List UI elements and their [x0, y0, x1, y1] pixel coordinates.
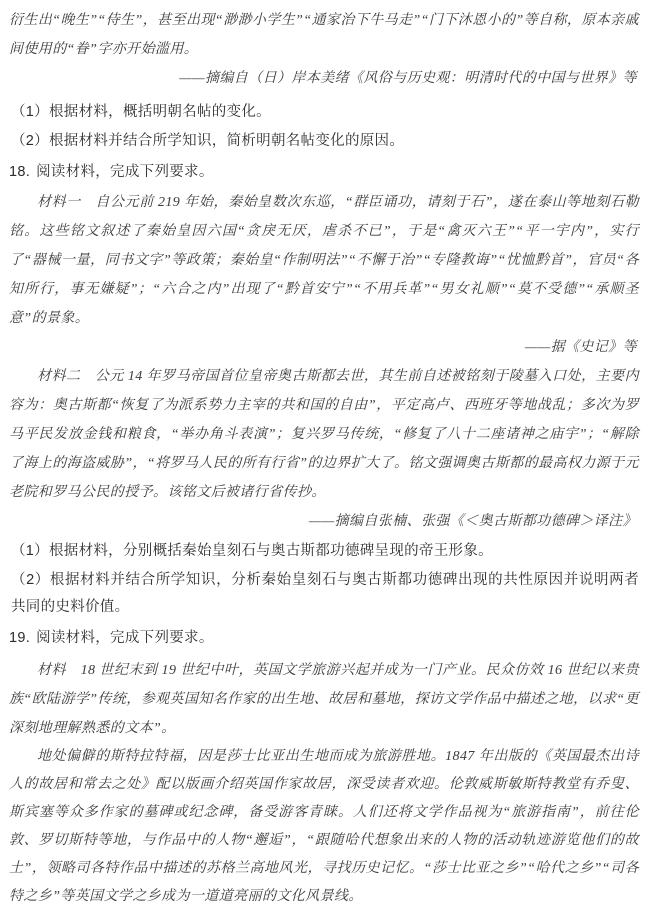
citation-augustus-source: ——摘编自张楠、张强《＜奥古斯都功德碑＞译注》 [9, 507, 639, 536]
question-18-prompt: 阅读材料，完成下列要求。 [36, 164, 214, 180]
question-19-number: 19. [9, 630, 30, 646]
question-18-number: 18. [9, 164, 30, 180]
question-18-material2: 材料二 公元 14 年罗马帝国首位皇帝奥古斯都去世，其生前自述被铭刻于陵墓入口处… [9, 362, 639, 507]
question-18-sub2: （2）根据材料并结合所学知识，分析秦始皇刻石与奥古斯都功德碑出现的共性原因并说明… [9, 567, 639, 621]
question-19-header: 19.阅读材料，完成下列要求。 [9, 625, 639, 652]
question-18-header: 18.阅读材料，完成下列要求。 [9, 159, 639, 186]
question-19-material-p1: 材料 18 世纪末到 19 世纪中叶，英国文学旅游兴起并成为一门产业。民众仿效 … [9, 656, 639, 743]
question-18-sub1: （1）根据材料，分别概括秦始皇刻石与奥古斯都功德碑呈现的帝王形象。 [9, 538, 639, 565]
question-17-sub1: （1）根据材料，概括明朝名帖的变化。 [9, 99, 639, 126]
exam-page: 衍生出“晚生”“侍生”，甚至出现“渺渺小学生”“通家治下牛马走”“门下沐恩小的”… [0, 0, 648, 906]
citation-mingtie-source: ——摘编自（日）岸本美绪《风俗与历史观：明清时代的中国与世界》等 [9, 64, 639, 93]
material-continuation-text: 衍生出“晚生”“侍生”，甚至出现“渺渺小学生”“通家治下牛马走”“门下沐恩小的”… [9, 6, 639, 64]
question-17-sub2: （2）根据材料并结合所学知识，简析明朝名帖变化的原因。 [9, 128, 639, 155]
question-18-material1: 材料一 自公元前 219 年始，秦始皇数次东巡，“群臣诵功，请刻于石”，遂在泰山… [9, 188, 639, 333]
citation-shiji-source: ——据《史记》等 [9, 333, 639, 362]
question-19-material-p2: 地处偏僻的斯特拉特福，因是莎士比亚出生地而成为旅游胜地。1847 年出版的《英国… [9, 743, 639, 906]
question-19-prompt: 阅读材料，完成下列要求。 [36, 630, 214, 646]
